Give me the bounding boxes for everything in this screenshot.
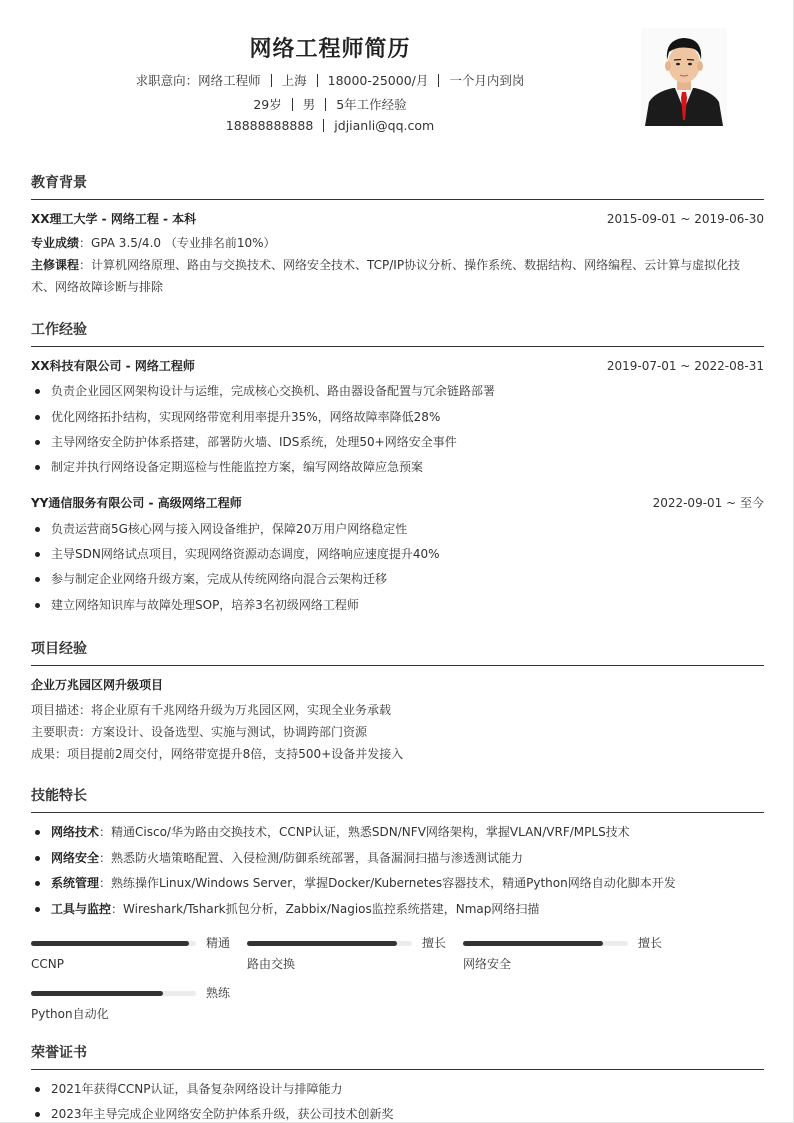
honor-item: 2021年获得CCNP认证，具备复杂网络设计与排障能力: [31, 1080, 764, 1098]
skill-item: 工具与监控：Wireshark/Tshark抓包分析，Zabbix/Nagios…: [31, 900, 764, 918]
job-bullet: 建立网络知识库与故障处理SOP，培养3名初级网络工程师: [31, 596, 764, 614]
job-company-title: YY通信服务有限公司 - 高级网络工程师: [31, 496, 242, 510]
skill-bar-fill: [463, 941, 603, 946]
project-name: 企业万兆园区网升级项目: [31, 676, 764, 694]
skill-bar-ccnp: 精通 CCNP: [31, 935, 231, 975]
job-company-title: XX科技有限公司 - 网络工程师: [31, 359, 195, 373]
skill-bar-routing: 擅长 路由交换: [247, 935, 447, 975]
skills-section: 技能特长 网络技术：精通Cisco/华为路由交换技术，CCNP认证，熟悉SDN/…: [31, 785, 764, 813]
honors-section: 荣誉证书 2021年获得CCNP认证，具备复杂网络设计与排障能力 2023年主导…: [31, 1042, 764, 1070]
contact-line: 18888888888jdjianli@qq.com: [0, 118, 660, 133]
skill-bar-track: [31, 991, 196, 996]
section-title: 技能特长: [31, 785, 764, 807]
job-period: 2019-07-01 ~ 2022-08-31: [607, 357, 764, 375]
education-period: 2015-09-01 ~ 2019-06-30: [607, 210, 764, 228]
divider: [323, 119, 324, 132]
education-entry-header: XX理工大学 - 网络工程 - 本科 2015-09-01 ~ 2019-06-…: [31, 210, 764, 228]
skill-bar-fill: [247, 941, 397, 946]
job-bullet: 主导SDN网络试点项目，实现网络资源动态调度，网络响应速度提升40%: [31, 545, 764, 563]
job-header: YY通信服务有限公司 - 高级网络工程师 2022-09-01 ~ 至今: [31, 494, 764, 512]
section-divider: [31, 199, 764, 200]
avatar: [641, 28, 727, 126]
project-responsibilities: 主要职责：方案设计、设备选型、实施与测试，协调跨部门资源: [31, 723, 764, 741]
skill-label: 网络技术: [51, 825, 99, 839]
divider: [292, 98, 293, 111]
skill-bar-track: [463, 941, 628, 946]
skill-level: 擅长: [422, 935, 446, 951]
job-bullet: 负责企业园区网架构设计与运维，完成核心交换机、路由器设备配置与冗余链路部署: [31, 382, 764, 400]
email: jdjianli@qq.com: [334, 118, 434, 133]
job-bullet: 优化网络拓扑结构，实现网络带宽利用率提升35%，网络故障率降低28%: [31, 408, 764, 426]
project-results: 成果：项目提前2周交付，网络带宽提升8倍，支持500+设备并发接入: [31, 745, 764, 763]
education-section: 教育背景 XX理工大学 - 网络工程 - 本科 2015-09-01 ~ 201…: [31, 172, 764, 200]
work-section: 工作经验 XX科技有限公司 - 网络工程师 2019-07-01 ~ 2022-…: [31, 319, 764, 347]
skill-level: 熟练: [206, 985, 230, 1001]
availability: 一个月内到岗: [449, 73, 524, 88]
job-bullet: 负责运营商5G核心网与接入网设备维护，保障20万用户网络稳定性: [31, 520, 764, 538]
skill-name: Python自动化: [31, 1006, 109, 1022]
job-bullet: 主导网络安全防护体系搭建，部署防火墙、IDS系统，处理50+网络安全事件: [31, 433, 764, 451]
projects-section: 项目经验 企业万兆园区网升级项目 项目描述：将企业原有千兆网络升级为万兆园区网，…: [31, 638, 764, 666]
phone: 18888888888: [226, 118, 313, 133]
divider: [271, 74, 272, 87]
job-intent-line: 求职意向：网络工程师上海18000-25000/月一个月内到岗: [0, 71, 660, 89]
gender: 男: [303, 97, 316, 112]
courses-row: 主修课程：计算机网络原理、路由与交换技术、网络安全技术、TCP/IP协议分析、操…: [31, 254, 764, 298]
gpa-label: 专业成绩: [31, 236, 79, 250]
skill-text: ：熟悉防火墙策略配置、入侵检测/防御系统部署，具备漏洞扫描与渗透测试能力: [99, 851, 523, 865]
skill-bar-python: 熟练 Python自动化: [31, 985, 231, 1025]
divider: [317, 74, 318, 87]
section-title: 荣誉证书: [31, 1042, 764, 1064]
location: 上海: [282, 73, 307, 88]
honor-item: 2023年主导完成企业网络安全防护体系升级，获公司技术创新奖: [31, 1105, 764, 1123]
skill-name: CCNP: [31, 956, 64, 972]
skill-level: 擅长: [638, 935, 662, 951]
experience-years: 5年工作经验: [336, 97, 406, 112]
gpa-row: 专业成绩：GPA 3.5/4.0 （专业排名前10%）: [31, 234, 764, 252]
skill-bar-fill: [31, 991, 163, 996]
section-title: 工作经验: [31, 319, 764, 341]
divider: [438, 74, 439, 87]
skill-text: ：熟练操作Linux/Windows Server，掌握Docker/Kuber…: [99, 876, 676, 890]
job-bullet: 制定并执行网络设备定期巡检与性能监控方案，编写网络故障应急预案: [31, 458, 764, 476]
skill-text: ：精通Cisco/华为路由交换技术，CCNP认证，熟悉SDN/NFV网络架构，掌…: [99, 825, 630, 839]
section-title: 教育背景: [31, 172, 764, 194]
school-degree: XX理工大学 - 网络工程 - 本科: [31, 212, 196, 226]
personal-info-line: 29岁男5年工作经验: [0, 95, 660, 113]
skill-bar-security: 擅长 网络安全: [463, 935, 663, 975]
skill-label: 系统管理: [51, 876, 99, 890]
skill-item: 系统管理：熟练操作Linux/Windows Server，掌握Docker/K…: [31, 874, 764, 892]
skill-label: 工具与监控: [51, 902, 111, 916]
age: 29岁: [253, 97, 281, 112]
resume-title: 网络工程师简历: [0, 32, 660, 63]
skill-item: 网络技术：精通Cisco/华为路由交换技术，CCNP认证，熟悉SDN/NFV网络…: [31, 823, 764, 841]
job-header: XX科技有限公司 - 网络工程师 2019-07-01 ~ 2022-08-31: [31, 357, 764, 375]
gpa-value: ：GPA 3.5/4.0 （专业排名前10%）: [79, 236, 276, 250]
courses-label: 主修课程: [31, 258, 79, 272]
skill-name: 路由交换: [247, 956, 295, 972]
project-description: 项目描述：将企业原有千兆网络升级为万兆园区网，实现全业务承载: [31, 701, 764, 719]
skill-name: 网络安全: [463, 956, 511, 972]
job-intent: 求职意向：网络工程师: [136, 73, 261, 88]
section-divider: [31, 1069, 764, 1070]
section-divider: [31, 812, 764, 813]
salary: 18000-25000/月: [328, 73, 429, 88]
skill-bar-track: [247, 941, 412, 946]
skill-label: 网络安全: [51, 851, 99, 865]
job-bullet: 参与制定企业网络升级方案，完成从传统网络向混合云架构迁移: [31, 570, 764, 588]
skill-level: 精通: [206, 935, 230, 951]
divider: [325, 98, 326, 111]
section-title: 项目经验: [31, 638, 764, 660]
avatar-photo-icon: [641, 28, 727, 126]
resume-page: 网络工程师简历 求职意向：网络工程师上海18000-25000/月一个月内到岗 …: [0, 0, 794, 1123]
skill-bar-fill: [31, 941, 189, 946]
job-period: 2022-09-01 ~ 至今: [653, 494, 764, 512]
skill-item: 网络安全：熟悉防火墙策略配置、入侵检测/防御系统部署，具备漏洞扫描与渗透测试能力: [31, 849, 764, 867]
section-divider: [31, 346, 764, 347]
skill-text: ：Wireshark/Tshark抓包分析，Zabbix/Nagios监控系统搭…: [111, 902, 539, 916]
courses-value: ：计算机网络原理、路由与交换技术、网络安全技术、TCP/IP协议分析、操作系统、…: [31, 258, 740, 294]
skill-bar-track: [31, 941, 196, 946]
section-divider: [31, 665, 764, 666]
